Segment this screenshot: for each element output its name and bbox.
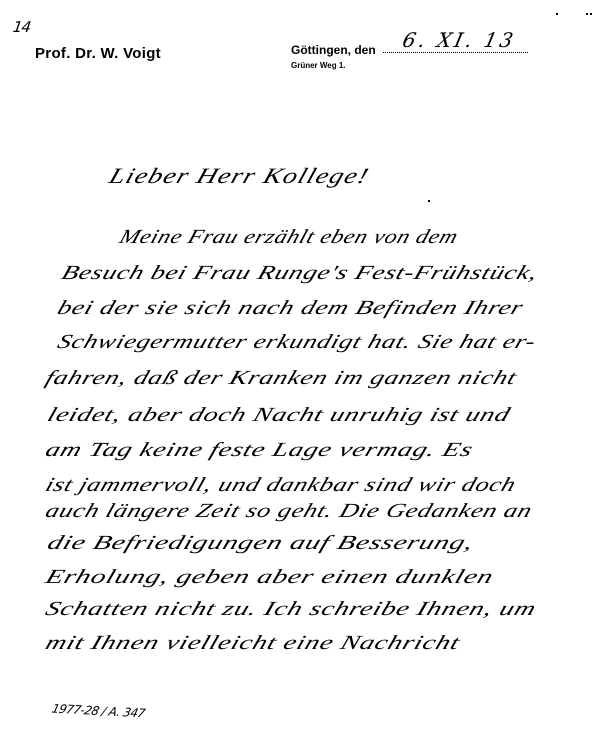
body-line-2: Besuch bei Frau Runge's Fest-Frühstück,: [58, 262, 541, 285]
body-line-10: die Befriedigungen auf Besserung,: [44, 532, 477, 555]
body-line-12: Schatten nicht zu. Ich schreibe Ihnen, u…: [42, 598, 539, 621]
folio-number: 14: [12, 18, 32, 36]
body-line-8: ist jammervoll, und dankbar sind wir doc…: [42, 474, 519, 497]
body-line-11: Erholung, geben aber einen dunklen: [42, 566, 496, 589]
body-line-9: auch längere Zeit so geht. Die Gedanken …: [42, 500, 535, 523]
archive-mark: 1977-28 / A. 347: [50, 702, 146, 721]
scan-speck: [428, 200, 430, 202]
body-line-6: leidet, aber doch Nacht unruhig ist und: [44, 404, 513, 427]
scan-speck: [590, 13, 592, 15]
salutation: Lieber Herr Kollege!: [106, 163, 373, 189]
letterhead-address: Grüner Weg 1.: [291, 61, 346, 70]
letter-page: 14 Prof. Dr. W. Voigt Göttingen, den 6. …: [0, 0, 606, 748]
body-line-1: Meine Frau erzählt eben von dem: [116, 226, 461, 249]
body-line-4: Schwiegermutter erkundigt hat. Sie hat e…: [54, 331, 539, 354]
scan-speck: [586, 13, 588, 15]
letterhead-place: Göttingen, den: [291, 43, 376, 57]
letterhead-sender: Prof. Dr. W. Voigt: [35, 45, 161, 62]
date-value: 6. XI. 13: [400, 28, 518, 52]
body-line-13: mit Ihnen vielleicht eine Nachricht: [42, 632, 463, 655]
body-line-7: am Tag keine feste Lage vermag. Es: [42, 439, 476, 462]
body-line-5: fahren, daß der Kranken im ganzen nicht: [42, 367, 520, 390]
body-line-3: bei der sie sich nach dem Befinden Ihrer: [54, 297, 526, 320]
date-field: 6. XI. 13: [383, 28, 528, 53]
scan-speck: [556, 13, 558, 15]
